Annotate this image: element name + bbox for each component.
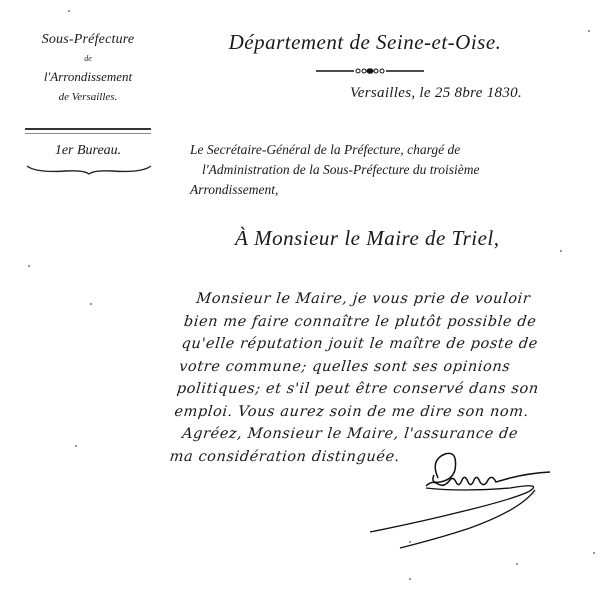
ornament-divider-icon: [314, 64, 426, 78]
letterhead-divider: [25, 128, 151, 134]
scan-speck: [516, 563, 518, 565]
scan-speck: [593, 552, 595, 554]
sender-line: Le Secrétaire-Général de la Préfecture, …: [190, 140, 575, 160]
bureau-label: 1er Bureau.: [22, 143, 154, 159]
scan-speck: [560, 250, 562, 252]
letter-page: Sous-Préfecture de l'Arrondissement de V…: [0, 0, 600, 590]
scan-speck: [588, 30, 590, 32]
body-line: qu'elle réputation jouit le maître de po…: [180, 333, 582, 356]
body-line: Monsieur le Maire, je vous prie de voulo…: [185, 288, 587, 311]
scan-speck: [28, 265, 30, 267]
scan-speck: [75, 445, 77, 447]
scan-speck: [409, 541, 411, 543]
letterhead-line-arrondissement: l'Arrondissement: [22, 69, 154, 85]
sender-line: l'Administration de la Sous-Préfecture d…: [190, 160, 575, 180]
addressee-line: À Monsieur le Maire de Triel,: [235, 226, 500, 251]
scan-speck: [409, 578, 411, 580]
body-line: emploi. Vous aurez soin de me dire son n…: [173, 401, 575, 424]
scan-speck: [68, 10, 70, 12]
letterhead-line-versailles: de Versailles.: [22, 91, 154, 103]
department-heading: Département de Seine-et-Oise.: [200, 30, 530, 55]
letterhead-sous-prefecture: Sous-Préfecture de l'Arrondissement de V…: [22, 28, 154, 103]
body-line: votre commune; quelles sont ses opinions: [178, 356, 580, 379]
body-line: bien me faire connaître le plutôt possib…: [183, 311, 585, 334]
scan-speck: [90, 303, 92, 305]
letterhead-line-sous-prefecture: Sous-Préfecture: [22, 32, 154, 48]
brace-flourish-icon: [26, 163, 152, 175]
letterhead-line-de: de: [22, 54, 154, 63]
body-line: politiques; et s'il peut être conservé d…: [176, 378, 578, 401]
sender-line: Arrondissement,: [190, 180, 575, 200]
sender-block: Le Secrétaire-Général de la Préfecture, …: [190, 140, 575, 200]
signature-icon: [360, 440, 560, 550]
dateline: Versailles, le 25 8bre 1830.: [350, 85, 522, 102]
